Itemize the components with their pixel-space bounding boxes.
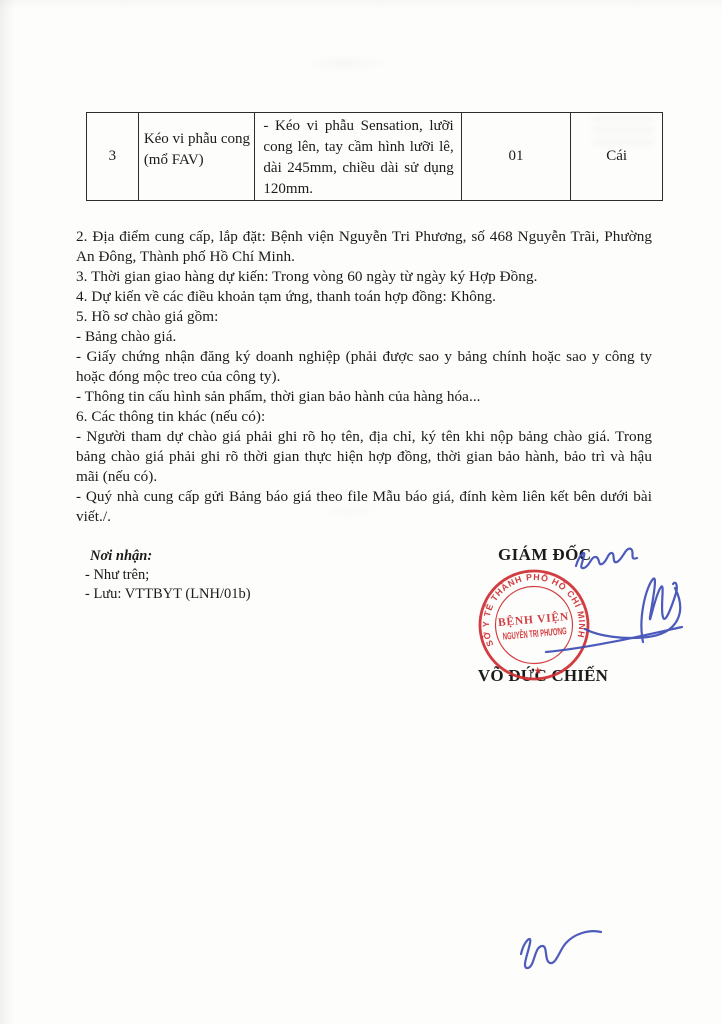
paragraph: - Bảng chào giá. <box>76 327 652 347</box>
item-description: - Kéo vi phẫu Sensation, lưỡicong lên, t… <box>263 116 453 200</box>
table-cell-quantity: 01 <box>462 113 572 200</box>
paragraph: - Người tham dự chào giá phải ghi rõ họ … <box>76 427 652 487</box>
scan-smudge <box>300 56 390 70</box>
paragraph: 3. Thời gian giao hàng dự kiến: Trong vò… <box>76 267 652 287</box>
paragraph: - Thông tin cấu hình sản phẩm, thời gian… <box>76 387 652 407</box>
text-line: - Lưu: VTTBYT (LNH/01b) <box>85 585 251 604</box>
stamp-star-icon: ★ <box>533 665 543 677</box>
paragraph: 5. Hồ sơ chào giá gồm: <box>76 307 652 327</box>
paragraph: 4. Dự kiến về các điều khoản tạm ứng, th… <box>76 287 652 307</box>
text-line: - Thông tin cấu hình sản phẩm, thời gian… <box>76 387 652 407</box>
text-line: (mổ FAV) <box>144 150 251 171</box>
recipients-title: Nơi nhận: <box>85 547 251 566</box>
item-index: 3 <box>109 146 117 167</box>
director-signature-stroke <box>641 578 676 642</box>
recipients-block: Nơi nhận: - Như trên;- Lưu: VTTBYT (LNH/… <box>85 547 251 604</box>
text-line: bảng chào giá phải ghi rõ thời gian thực… <box>76 447 652 467</box>
text-line: - Kéo vi phẫu Sensation, lưỡi <box>263 116 453 137</box>
item-quantity: 01 <box>509 146 524 167</box>
text-line: 4. Dự kiến về các điều khoản tạm ứng, th… <box>76 287 652 307</box>
text-line: dài 245mm, chiều dài sử dụng <box>263 158 453 179</box>
paragraph: 6. Các thông tin khác (nếu có): <box>76 407 652 427</box>
text-line: - Như trên; <box>85 566 251 585</box>
text-line: hoặc đóng mộc treo của công ty). <box>76 367 652 387</box>
hospital-red-stamp: SỞ Y TẾ THÀNH PHỐ HỒ CHÍ MINH ★ BỆNH VIỆ… <box>476 567 592 683</box>
table-cell-item-description: - Kéo vi phẫu Sensation, lưỡicong lên, t… <box>255 113 461 200</box>
text-line: 5. Hồ sơ chào giá gồm: <box>76 307 652 327</box>
director-signature-sweep <box>585 588 680 638</box>
scanned-document-page: 3 Kéo vi phẫu cong(mổ FAV) - Kéo vi phẫu… <box>0 0 722 1024</box>
text-line: cong lên, tay cầm hình lưỡi lê, <box>263 137 453 158</box>
item-unit: Cái <box>606 146 627 167</box>
text-line: - Giấy chứng nhận đăng ký doanh nghiệp (… <box>76 347 652 367</box>
text-line: - Quý nhà cung cấp gửi Bảng báo giá theo… <box>76 487 652 507</box>
text-line: - Bảng chào giá. <box>76 327 652 347</box>
text-line: - Người tham dự chào giá phải ghi rõ họ … <box>76 427 652 447</box>
recipients-items: - Như trên;- Lưu: VTTBYT (LNH/01b) <box>85 566 251 604</box>
bottom-initials-scribble <box>521 931 601 968</box>
item-name: Kéo vi phẫu cong(mổ FAV) <box>144 129 251 171</box>
text-line: viết./. <box>76 507 652 527</box>
text-line: 2. Địa điểm cung cấp, lắp đặt: Bệnh viện… <box>76 227 652 247</box>
text-line: An Đông, Thành phố Hồ Chí Minh. <box>76 247 652 267</box>
table-cell-item-name: Kéo vi phẫu cong(mổ FAV) <box>139 113 256 200</box>
body-paragraphs: 2. Địa điểm cung cấp, lắp đặt: Bệnh viện… <box>76 227 652 527</box>
text-line: Kéo vi phẫu cong <box>144 129 251 150</box>
paragraph: 2. Địa điểm cung cấp, lắp đặt: Bệnh viện… <box>76 227 652 267</box>
paragraph: - Giấy chứng nhận đăng ký doanh nghiệp (… <box>76 347 652 387</box>
text-line: mãi (nếu có). <box>76 467 652 487</box>
table-cell-index: 3 <box>87 113 139 200</box>
text-line: 3. Thời gian giao hàng dự kiến: Trong vò… <box>76 267 652 287</box>
text-line: 120mm. <box>263 179 453 200</box>
table-cell-unit: Cái <box>571 113 662 200</box>
text-line: 6. Các thông tin khác (nếu có): <box>76 407 652 427</box>
signer-role: GIÁM ĐỐC <box>498 545 591 565</box>
paragraph: - Quý nhà cung cấp gửi Bảng báo giá theo… <box>76 487 652 527</box>
items-table: 3 Kéo vi phẫu cong(mổ FAV) - Kéo vi phẫu… <box>86 112 663 201</box>
